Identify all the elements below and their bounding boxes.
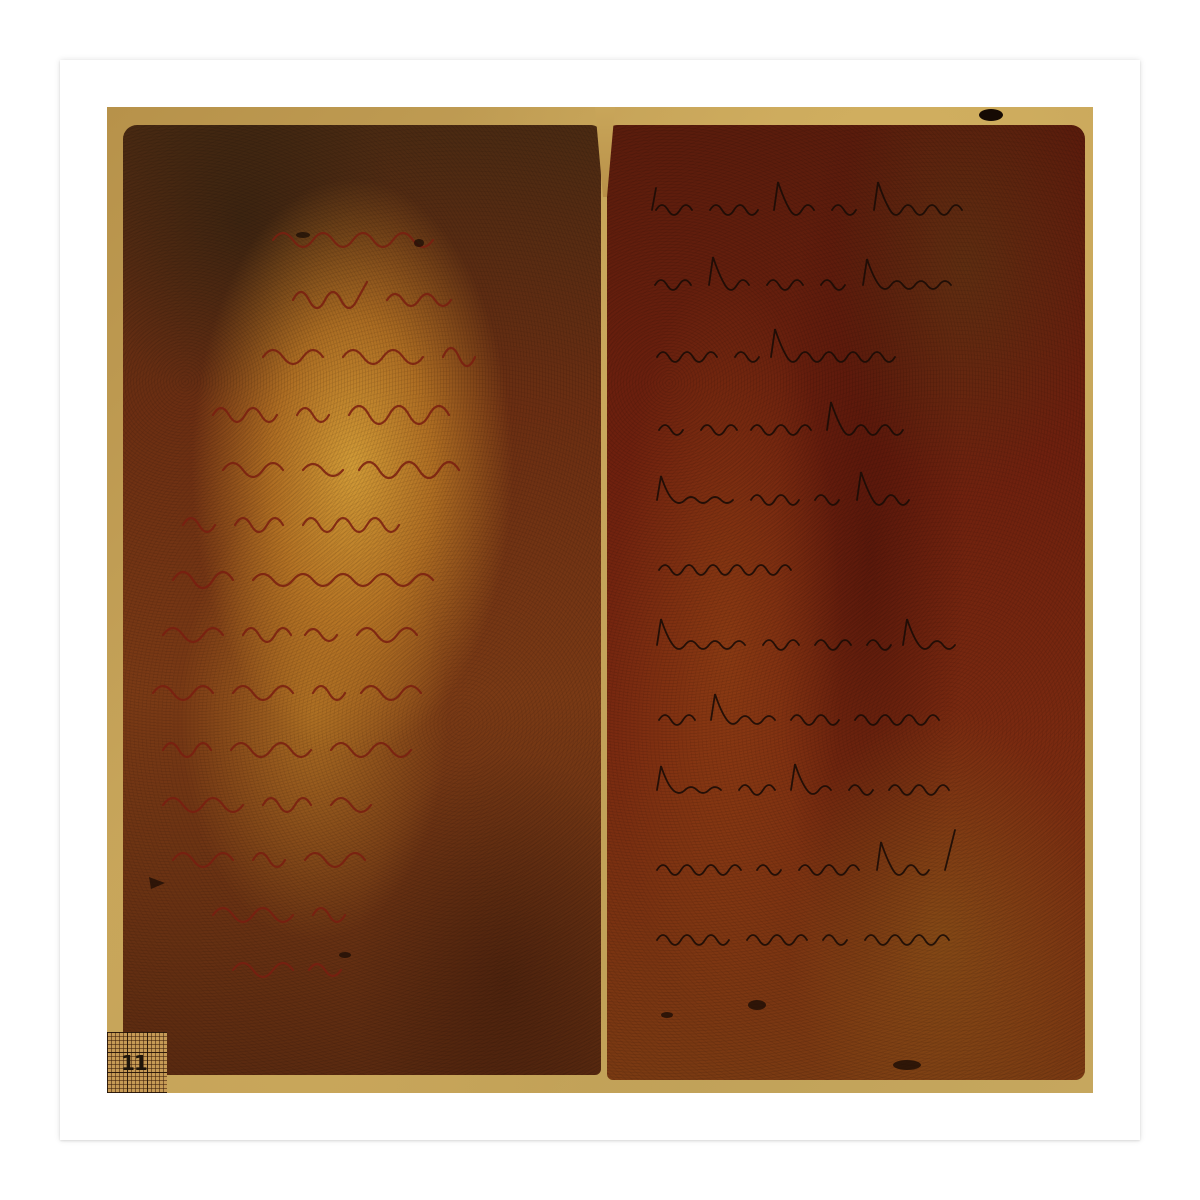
left-page-handwriting	[123, 125, 601, 1075]
right-page	[607, 125, 1085, 1080]
ink-blot	[979, 109, 1003, 121]
right-page-handwriting	[607, 125, 1085, 1080]
left-page	[123, 125, 601, 1075]
page-number: 11	[121, 1051, 147, 1075]
manuscript-artwork: 11	[107, 107, 1093, 1093]
